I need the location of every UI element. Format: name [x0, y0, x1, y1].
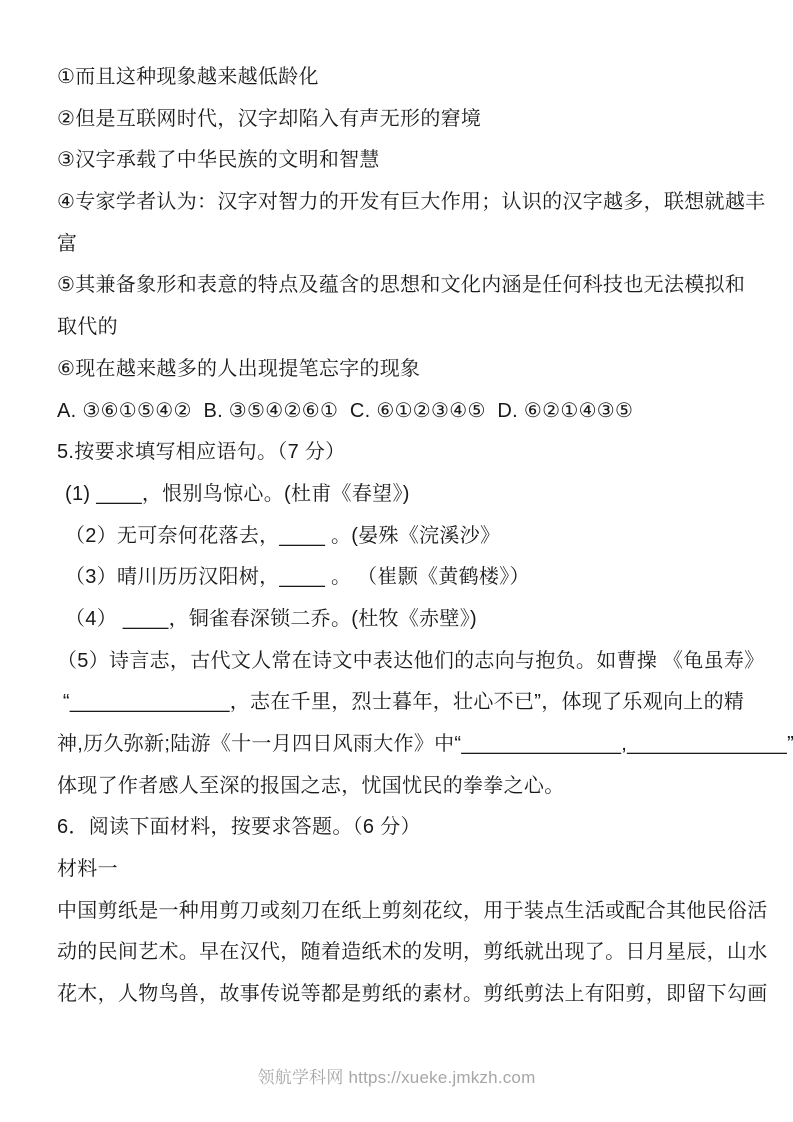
- text-line: 富: [57, 224, 757, 266]
- text-line: ⑥现在越来越多的人出现提笔忘字的现象: [57, 349, 757, 391]
- text-line: 中国剪纸是一种用剪刀或刻刀在纸上剪刻花纹，用于装点生活或配合其他民俗活: [57, 891, 757, 933]
- text-line: “______________，志在千里，烈士暮年，壮心不已”，体现了乐观向上的…: [57, 682, 757, 724]
- text-line: 动的民间艺术。早在汉代，随着造纸术的发明，剪纸就出现了。日月星辰，山水: [57, 932, 757, 974]
- text-line: ②但是互联网时代，汉字却陷入有声无形的窘境: [57, 99, 757, 141]
- blank-line-1: (1) ____，恨别鸟惊心。(杜甫《春望》): [57, 474, 757, 516]
- question-6-title: 6．阅读下面材料，按要求答题。（6 分）: [57, 807, 757, 849]
- text-line: ③汉字承载了中华民族的文明和智慧: [57, 140, 757, 182]
- text-line: ①而且这种现象越来越低龄化: [57, 57, 757, 99]
- text-line: 神,历久弥新;陆游《十一月四日风雨大作》中“______________,___…: [57, 724, 757, 766]
- exam-content: ①而且这种现象越来越低龄化 ②但是互联网时代，汉字却陷入有声无形的窘境 ③汉字承…: [0, 0, 793, 1016]
- text-line: 花木，人物鸟兽，故事传说等都是剪纸的素材。剪纸剪法上有阳剪，即留下勾画: [57, 974, 757, 1016]
- exam-paper-page: ①而且这种现象越来越低龄化 ②但是互联网时代，汉字却陷入有声无形的窘境 ③汉字承…: [0, 0, 793, 1122]
- answer-options-line: A. ③⑥①⑤④② B. ③⑤④②⑥① C. ⑥①②③④⑤ D. ⑥②①④③⑤: [57, 391, 757, 433]
- text-line: 体现了作者感人至深的报国之志，忧国忧民的拳拳之心。: [57, 766, 757, 808]
- question-5-title: 5.按要求填写相应语句。（7 分）: [57, 432, 757, 474]
- text-line: ④专家学者认为：汉字对智力的开发有巨大作用；认识的汉字越多，联想就越丰: [57, 182, 757, 224]
- blank-line-4: （4） ____，铜雀春深锁二乔。(杜牧《赤壁》): [57, 599, 757, 641]
- material-1-label: 材料一: [57, 849, 757, 891]
- text-line: 取代的: [57, 307, 757, 349]
- text-line: ⑤其兼备象形和表意的特点及蕴含的思想和文化内涵是任何科技也无法模拟和: [57, 265, 757, 307]
- blank-line-2: （2）无可奈何花落去，____ 。(晏殊《浣溪沙》: [57, 516, 757, 558]
- footer-watermark: 领航学科网 https://xueke.jmkzh.com: [0, 1063, 793, 1088]
- blank-line-3: （3）晴川历历汉阳树，____ 。 （崔颢《黄鹤楼》）: [57, 557, 757, 599]
- blank-line-5: （5）诗言志，古代文人常在诗文中表达他们的志向与抱负。如曹操 《龟虽寿》: [57, 641, 757, 683]
